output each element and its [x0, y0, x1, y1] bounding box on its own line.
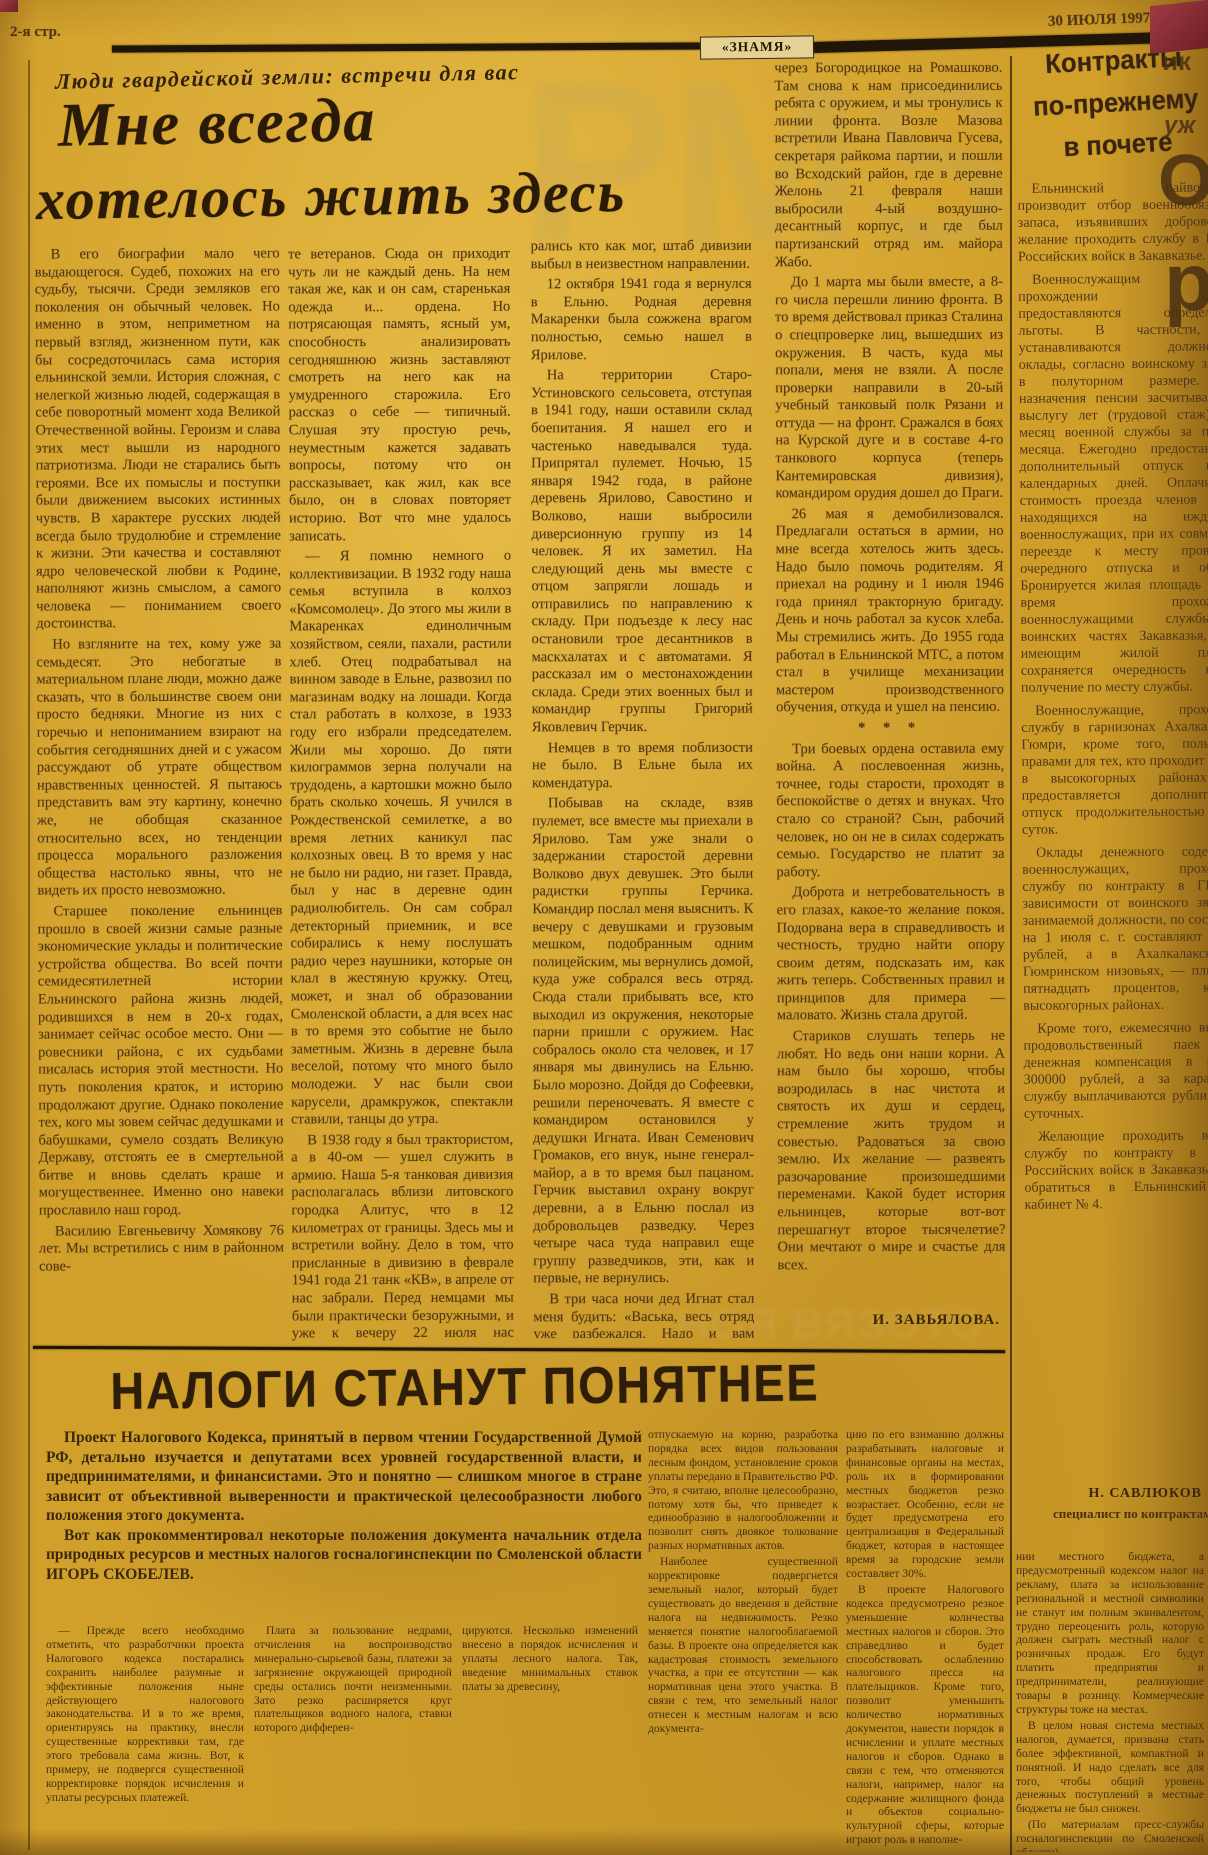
article-column: рались кто как мог, штаб дивизии выбыл в… — [531, 238, 755, 1339]
column-rule — [1010, 56, 1012, 1855]
article-signature: И. ЗАВЬЯЛОВА. — [776, 1312, 1000, 1329]
page-edge-fragment: р — [1164, 236, 1208, 330]
page-border-left — [28, 60, 30, 1850]
contracts-signature: Н. САВЛЮКОВ — [1022, 1486, 1202, 1502]
article-column: В его биографии мало чего выдающегося. С… — [35, 245, 285, 1338]
tax-column: цируются. Несколько изменений внесено в … — [462, 1624, 638, 1852]
page-edge-fragment: уж — [1164, 112, 1195, 140]
contracts-signature-role: специалист по контрактам — [1012, 1506, 1208, 1522]
corner-tear — [0, 0, 18, 12]
tax-column: отпускаемую на корню, разработка порядка… — [648, 1428, 838, 1852]
headline-line-1: Мне всегда — [57, 85, 377, 162]
section-rule — [33, 1346, 1005, 1353]
page-edge-fragment: О — [1158, 140, 1208, 222]
issue-date: 30 ИЮЛЯ 1997 — [1048, 10, 1151, 31]
masthead-title: «ЗНАМЯ» — [700, 35, 814, 59]
headline-line-2: хотелось жить здесь — [36, 158, 627, 233]
page-number-label: 2-я стр. — [10, 24, 61, 41]
article-column: через Богородицкое на Ромашково. Там сно… — [774, 60, 1005, 1309]
tax-column: Плата за пользование недрами, отчисления… — [254, 1624, 452, 1852]
masthead-rule-left — [112, 42, 700, 52]
contracts-body: Ельнинский райвоенкомат производит отбор… — [1017, 179, 1208, 1481]
tax-article-lede: Проект Налогового Кодекса, принятый в пе… — [46, 1428, 642, 1618]
newspaper-page: РМЅ НОЯ ВЯЗОТО 2-я стр. «ЗНАМЯ» 30 ИЮЛЯ … — [0, 0, 1208, 1855]
article-column: те ветеранов. Сюда он приходит чуть ли н… — [288, 246, 514, 1343]
page-edge-fragment: ик — [1162, 46, 1191, 77]
tax-column: — Прежде всего необходимо отметить, что … — [46, 1624, 244, 1852]
tax-article-headline: НАЛОГИ СТАНУТ ПОНЯТНЕЕ — [110, 1353, 820, 1422]
tax-column: нии местного бюджета, а предусмотренный … — [1016, 1550, 1204, 1852]
tax-column: цию по его взиманию должны разрабатывать… — [846, 1428, 1004, 1852]
